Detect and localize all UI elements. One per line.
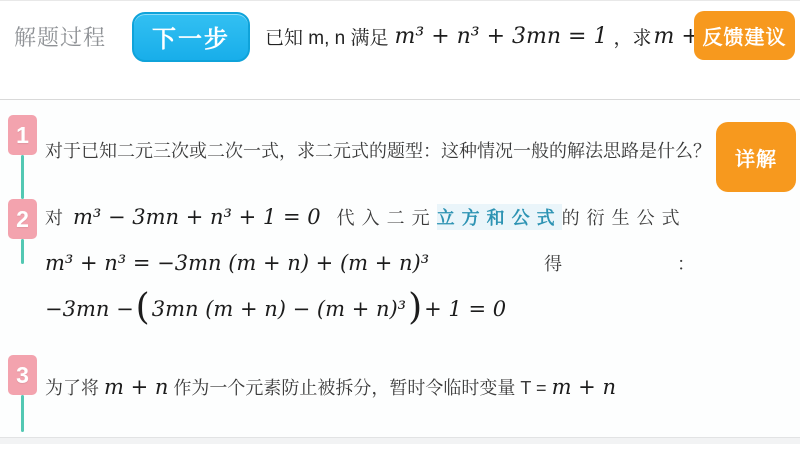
step-2-mid-text: 代入二元 <box>337 204 437 230</box>
connector-text: 得 <box>544 250 562 276</box>
step-1-text: 对于已知二元三次或二次一式，求二元式的题型：这种情况一般的解法思路是什么？ <box>45 137 705 163</box>
header-row: 解题过程 下一步 已知 m, n 满足 m³ + n³ + 3mn = 1 ，求… <box>0 1 800 63</box>
header: 解题过程 下一步 已知 m, n 满足 m³ + n³ + 3mn = 1 ，求… <box>0 1 800 100</box>
feedback-button[interactable]: 反馈建议 <box>694 11 795 60</box>
step-3-prefix: 为了将 <box>45 374 99 400</box>
cube-sum-formula-link[interactable]: 立方和公式 <box>437 204 562 230</box>
problem-statement: 已知 m, n 满足 m³ + n³ + 3mn = 1 ，求 m + n <box>265 23 727 50</box>
result-equation-pre: −3mn − <box>45 297 134 321</box>
bottom-divider <box>0 437 800 444</box>
step-2-equation: m³ − 3mn + n³ + 1 = 0 <box>73 205 321 229</box>
result-equation-post: + 1 = 0 <box>424 297 506 321</box>
detail-button[interactable]: 详解 <box>716 122 796 192</box>
step-3-middle: 作为一个元素防止被拆分，暂时令临时变量 T = <box>173 374 546 400</box>
step-3-math-2: m + n <box>552 375 616 399</box>
timeline-connector <box>21 395 24 432</box>
step-2-line-3: −3mn − ( 3mn (m + n) − (m + n)³ ) + 1 = … <box>45 286 506 332</box>
step-3-text: 为了将 m + n 作为一个元素防止被拆分，暂时令临时变量 T = m + n <box>45 374 621 400</box>
next-step-button[interactable]: 下一步 <box>132 12 250 62</box>
big-close-paren: ) <box>408 287 422 328</box>
timeline-connector <box>21 239 24 264</box>
problem-suffix-text: ，求 <box>613 23 651 50</box>
problem-formula: m³ + n³ + 3mn = 1 <box>395 24 608 49</box>
step-2-line-1: 对 m³ − 3mn + n³ + 1 = 0 代入二元 立方和公式 的衍生公式 <box>45 204 679 230</box>
step-2-badge: 2 <box>8 199 37 239</box>
result-equation-inner: 3mn (m + n) − (m + n)³ <box>152 297 406 321</box>
derived-formula: m³ + n³ = −3mn (m + n) + (m + n)³ <box>45 251 429 275</box>
page-title: 解题过程 <box>14 21 106 52</box>
step-2-tail-text: 的衍生公式 <box>562 204 687 230</box>
timeline-connector <box>21 155 24 199</box>
colon-text: ： <box>677 250 695 276</box>
problem-prefix: 已知 m, n 满足 <box>265 23 389 50</box>
step-3-badge: 3 <box>8 355 37 395</box>
solution-steps: 1 2 3 对于已知二元三次或二次一式，求二元式的题型：这种情况一般的解法思路是… <box>0 100 800 444</box>
step-2-line-2: m³ + n³ = −3mn (m + n) + (m + n)³ 得 ： <box>45 250 695 276</box>
step-1-badge: 1 <box>8 115 37 155</box>
big-open-paren: ( <box>136 287 150 328</box>
step-2-lead: 对 <box>45 204 63 230</box>
step-3-math-1: m + n <box>104 375 168 399</box>
